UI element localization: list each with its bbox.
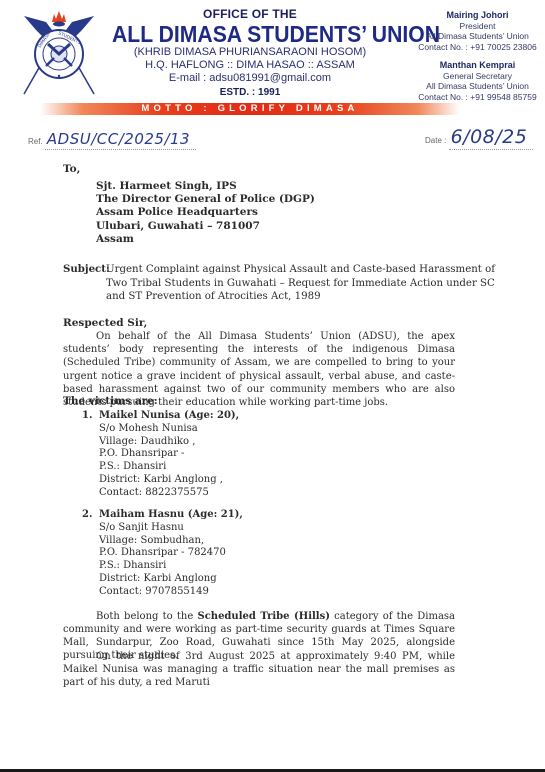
- org-name: ALL DIMASA STUDENTS’ UNION: [112, 22, 388, 46]
- letterhead: DIMASA STUDENTS OFFICE OF THE ALL DIMASA…: [0, 0, 545, 115]
- victim-detail: P.S.: Dhansiri: [99, 461, 166, 474]
- victim-name: Maikel Nunisa (Age: 20),: [99, 410, 239, 423]
- org-header: OFFICE OF THE ALL DIMASA STUDENTS’ UNION…: [100, 8, 400, 100]
- address-line: Sjt. Harmeet Singh, IPS: [96, 180, 315, 193]
- contact-name: Manthan Kemprai: [410, 60, 545, 71]
- contact-org: All Dimasa Students’ Union: [410, 81, 545, 92]
- date-label: Date :: [425, 136, 446, 145]
- victim-number: 1.: [82, 410, 92, 423]
- recipient-address: Sjt. Harmeet Singh, IPS The Director Gen…: [96, 180, 315, 246]
- salutation: Respected Sir,: [63, 317, 147, 329]
- subject-label: Subject:: [63, 263, 110, 277]
- paragraph-incident: On the night of 3rd August 2025 at appro…: [63, 650, 455, 689]
- address-line: Assam: [96, 233, 315, 246]
- adsu-emblem-icon: DIMASA STUDENTS: [18, 8, 100, 100]
- letter-date: Date : 6/08/25: [425, 126, 533, 150]
- text-run: Both belong to the: [96, 611, 197, 622]
- contact-phone: Contact No. : +91 70025 23806: [410, 42, 545, 53]
- victim-detail: Village: Daudhiko ,: [99, 436, 195, 449]
- victim-detail: District: Karbi Anglong ,: [99, 474, 223, 487]
- reference-number: Ref. ADSU/CC/2025/13: [28, 130, 196, 150]
- victim-number: 2.: [82, 509, 92, 522]
- victim-name: Maiham Hasnu (Age: 21),: [99, 509, 243, 522]
- office-of-label: OFFICE OF THE: [100, 8, 400, 20]
- victim-detail: Contact: 8822375575: [99, 487, 209, 500]
- contact-role: President: [410, 21, 545, 32]
- contact-phone: Contact No. : +91 99548 85759: [410, 92, 545, 103]
- subject-text: Urgent Complaint against Physical Assaul…: [106, 263, 506, 304]
- contact-general-secretary: Manthan Kemprai General Secretary All Di…: [410, 60, 545, 102]
- ref-value: ADSU/CC/2025/13: [47, 130, 190, 148]
- office-bearers: Mairing Johori President All Dimasa Stud…: [410, 10, 545, 102]
- ref-label: Ref.: [28, 137, 43, 146]
- victim-detail: P.O. Dhansripar -: [99, 448, 185, 461]
- victim-detail: District: Karbi Anglong: [99, 573, 217, 586]
- address-line: Ulubari, Guwahati – 781007: [96, 220, 315, 233]
- category-emphasis: Scheduled Tribe (Hills): [197, 611, 329, 622]
- established: ESTD. : 1991: [100, 86, 400, 100]
- date-value: 6/08/25: [451, 126, 528, 148]
- victim-detail: Village: Sombudhan,: [99, 535, 204, 548]
- headquarters: H.Q. HAFLONG :: DIMA HASAO :: ASSAM: [100, 59, 400, 72]
- native-name: (KHRIB DIMASA PHURIANSARAONI HOSOM): [100, 46, 400, 59]
- contact-org: All Dimasa Students’ Union: [410, 31, 545, 42]
- victim-detail: S/o Sanjit Hasnu: [99, 522, 184, 535]
- victim-detail: P.S.: Dhansiri: [99, 560, 166, 573]
- contact-name: Mairing Johori: [410, 10, 545, 21]
- email: E-mail : adsu081991@gmail.com: [100, 72, 400, 85]
- motto-banner: MOTTO : GLORIFY DIMASA: [40, 103, 460, 115]
- victim-detail: Contact: 9707855149: [99, 586, 209, 599]
- victim-detail: S/o Mohesh Nunisa: [99, 423, 198, 436]
- address-line: The Director General of Police (DGP): [96, 193, 315, 206]
- to-label: To,: [63, 163, 80, 175]
- contact-role: General Secretary: [410, 71, 545, 82]
- victim-detail: P.O. Dhansripar - 782470: [99, 547, 226, 560]
- victims-heading: The victims are:: [63, 395, 158, 407]
- contact-president: Mairing Johori President All Dimasa Stud…: [410, 10, 545, 52]
- address-line: Assam Police Headquarters: [96, 206, 315, 219]
